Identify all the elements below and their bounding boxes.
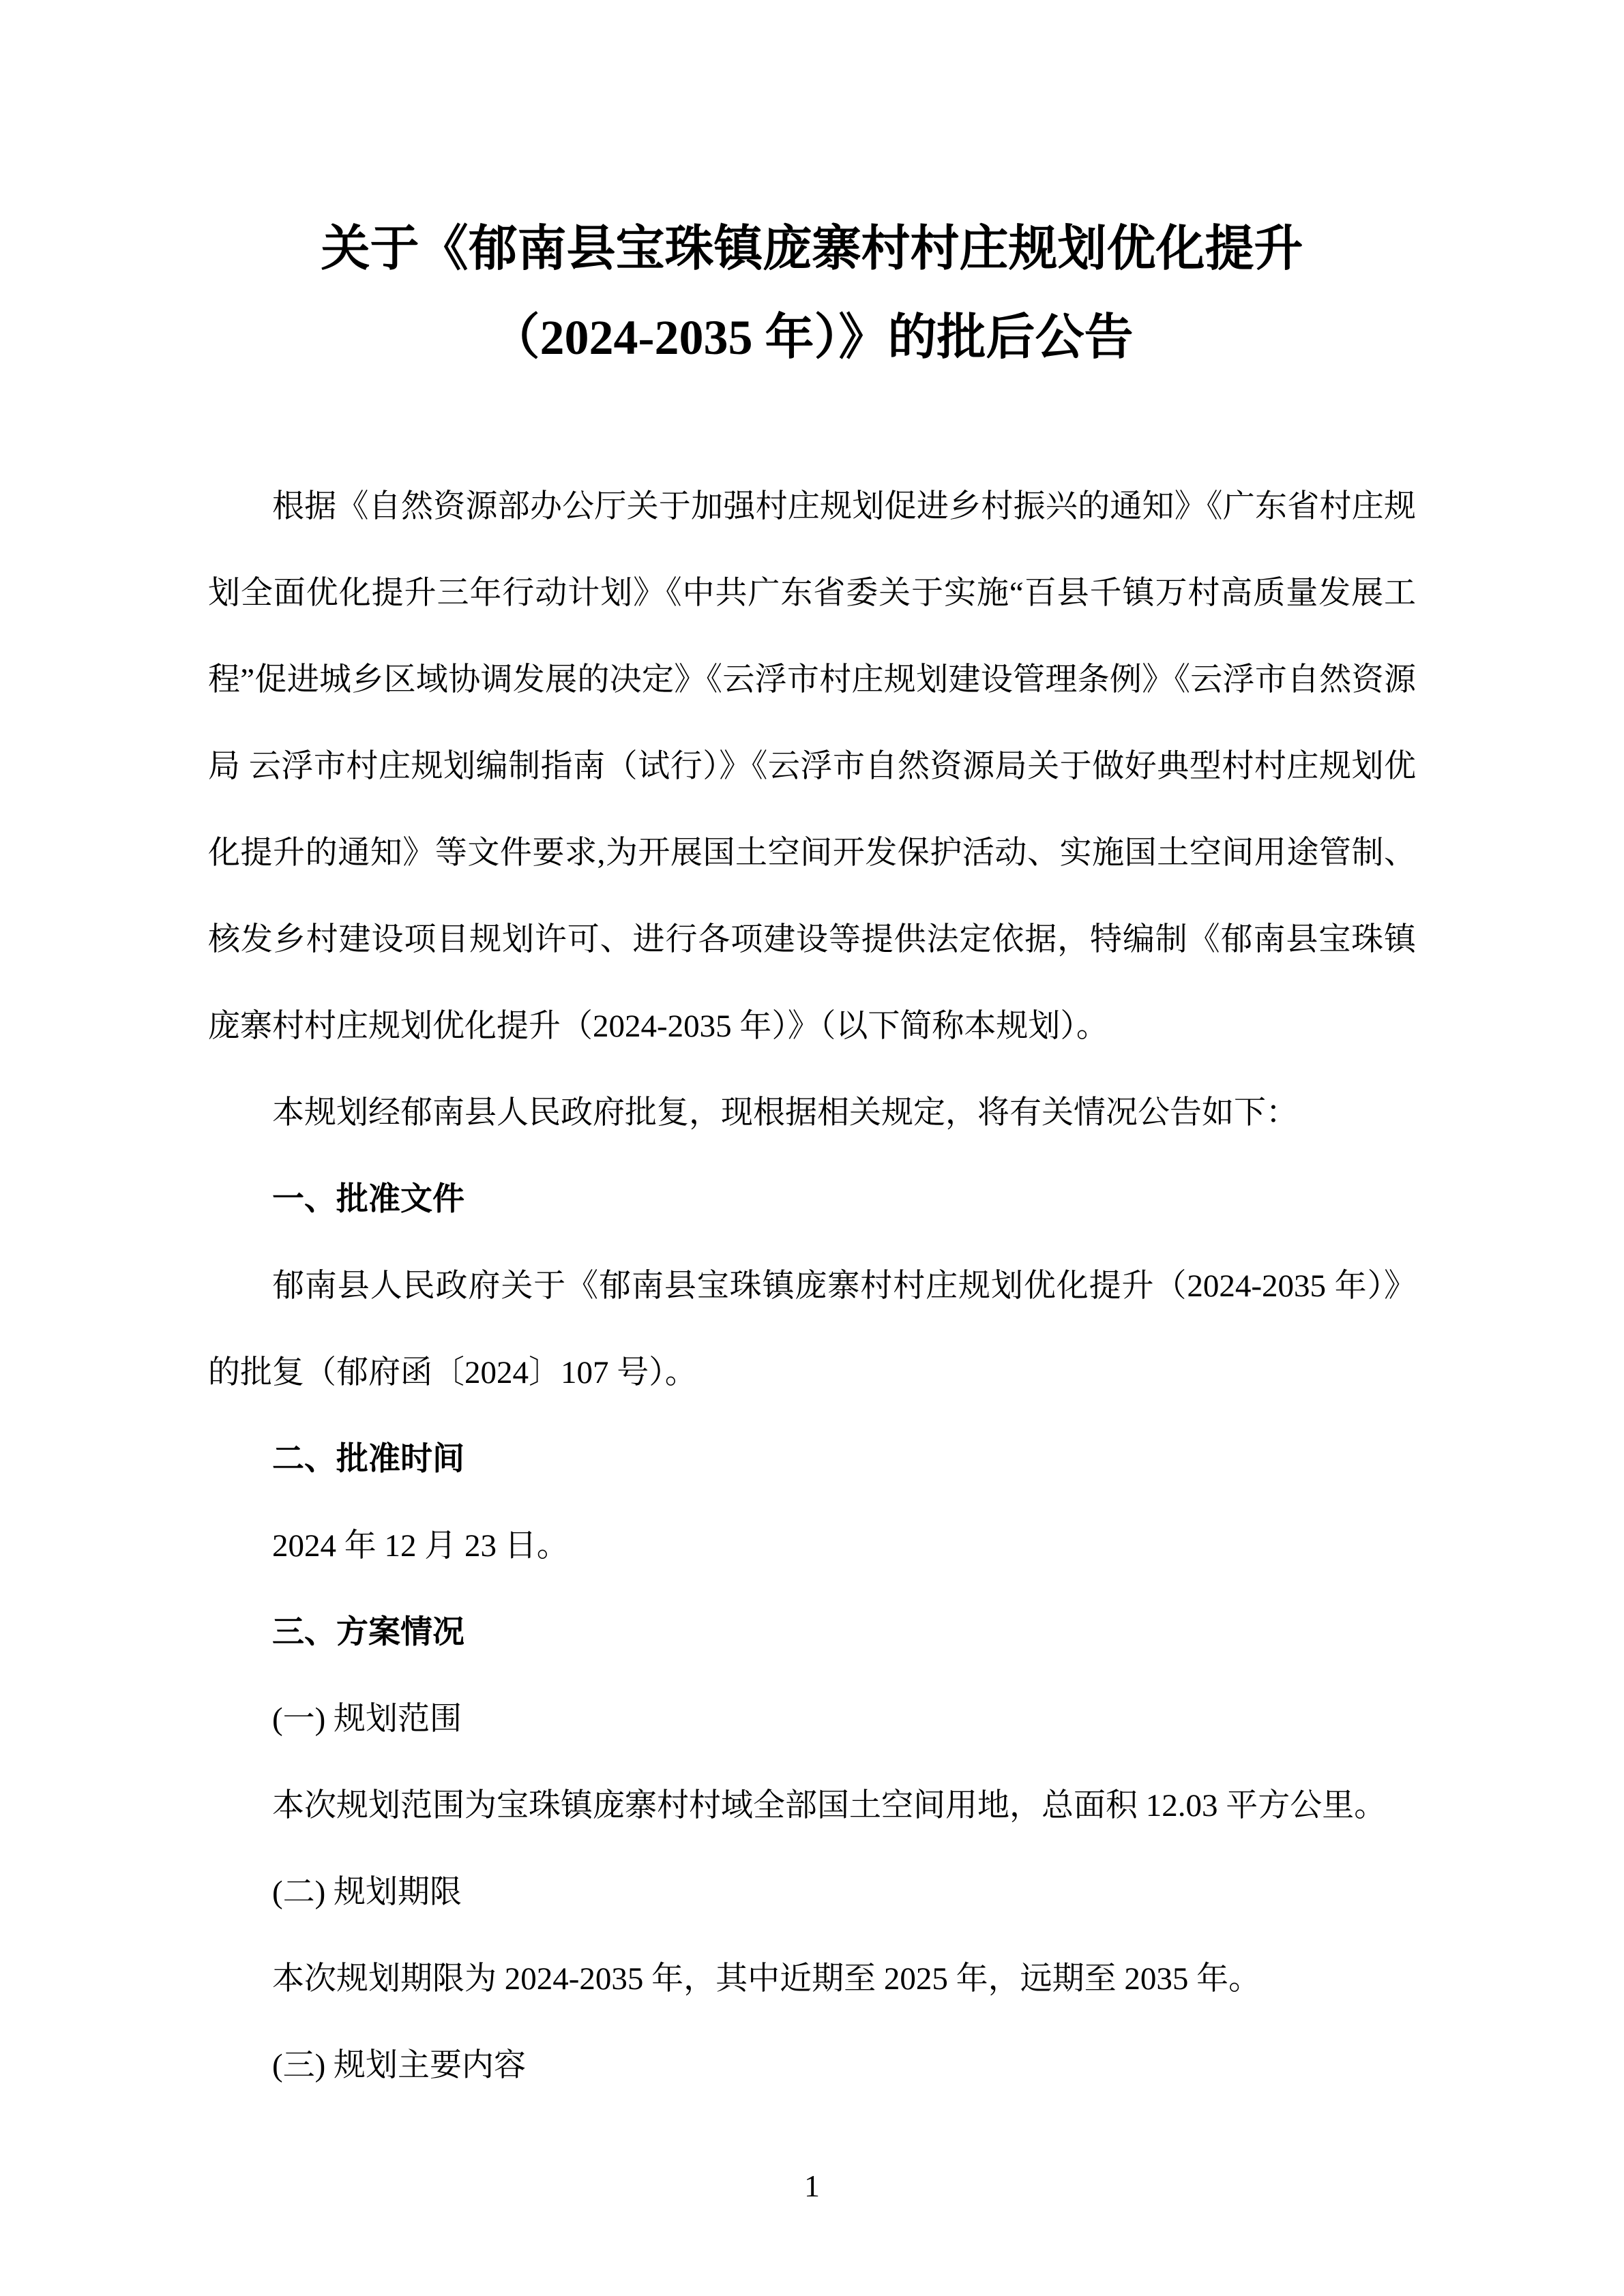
sub-heading-planning-scope: (一) 规划范围 xyxy=(208,1676,1416,1763)
title-line-1: 关于《郁南县宝珠镇庞寨村村庄规划优化提升 xyxy=(208,205,1416,293)
paragraph-planning-scope: 本次规划范围为宝珠镇庞寨村村域全部国土空间用地，总面积 12.03 平方公里。 xyxy=(208,1763,1416,1849)
document-body: 根据《自然资源部办公厅关于加强村庄规划促进乡村振兴的通知》《广东省村庄规划全面优… xyxy=(208,464,1416,2109)
paragraph-announcement-intro: 本规划经郁南县人民政府批复，现根据相关规定，将有关情况公告如下： xyxy=(208,1070,1416,1157)
sub-heading-planning-period: (二) 规划期限 xyxy=(208,1849,1416,1936)
paragraph-approval-date: 2024 年 12 月 23 日。 xyxy=(208,1503,1416,1590)
paragraph-planning-period: 本次规划期限为 2024-2035 年，其中近期至 2025 年，远期至 203… xyxy=(208,1936,1416,2023)
document-page: 关于《郁南县宝珠镇庞寨村村庄规划优化提升 （2024-2035 年）》的批后公告… xyxy=(0,0,1624,2296)
title-line-2: （2024-2035 年）》的批后公告 xyxy=(208,293,1416,382)
section-heading-approval-document: 一、批准文件 xyxy=(208,1157,1416,1243)
section-heading-plan-overview: 三、方案情况 xyxy=(208,1590,1416,1676)
paragraph-legal-basis: 根据《自然资源部办公厅关于加强村庄规划促进乡村振兴的通知》《广东省村庄规划全面优… xyxy=(208,464,1416,1070)
document-content: 关于《郁南县宝珠镇庞寨村村庄规划优化提升 （2024-2035 年）》的批后公告… xyxy=(208,0,1416,2109)
page-number: 1 xyxy=(0,2171,1624,2202)
section-heading-approval-time: 二、批准时间 xyxy=(208,1416,1416,1503)
sub-heading-main-content: (三) 规划主要内容 xyxy=(208,2023,1416,2109)
paragraph-approval-document: 郁南县人民政府关于《郁南县宝珠镇庞寨村村庄规划优化提升（2024-2035 年）… xyxy=(208,1243,1416,1416)
document-title: 关于《郁南县宝珠镇庞寨村村庄规划优化提升 （2024-2035 年）》的批后公告 xyxy=(208,205,1416,382)
